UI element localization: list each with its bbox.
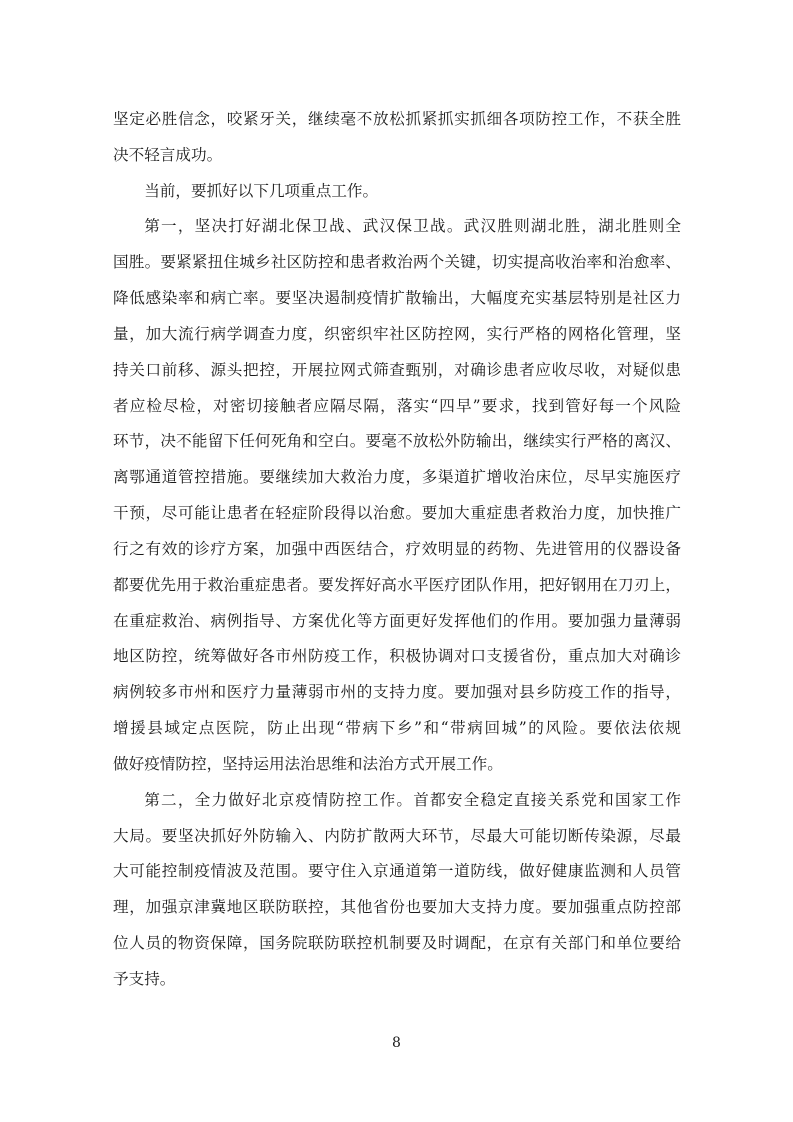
text-line: 降低感染率和病亡率。要坚决遏制疫情扩散输出，大幅度充实基层特别是社区力: [113, 281, 681, 317]
text-line: 环节，决不能留下任何死角和空白。要毫不放松外防输出，继续实行严格的离汉、: [113, 424, 681, 460]
text-line: 第二，全力做好北京疫情防控工作。首都安全稳定直接关系党和国家工作: [113, 783, 681, 819]
document-page: 坚定必胜信念，咬紧牙关，继续毫不放松抓紧抓实抓细各项防控工作，不获全胜决不轻言成…: [0, 0, 793, 1122]
text-line: 大可能控制疫情波及范围。要守住入京通道第一道防线，做好健康监测和人员管: [113, 854, 681, 890]
text-line: 位人员的物资保障，国务院联防联控机制要及时调配，在京有关部门和单位要给: [113, 926, 681, 962]
text-line: 当前，要抓好以下几项重点工作。: [113, 174, 681, 210]
page-number: 8: [0, 1034, 793, 1052]
text-line: 予支持。: [113, 962, 681, 998]
text-line: 理，加强京津冀地区联防联控，其他省份也要加大支持力度。要加强重点防控部: [113, 890, 681, 926]
text-line: 病例较多市州和医疗力量薄弱市州的支持力度。要加强对县乡防疫工作的指导，: [113, 675, 681, 711]
text-line: 干预，尽可能让患者在轻症阶段得以治愈。要加大重症患者救治力度，加快推广: [113, 496, 681, 532]
text-line: 第一，坚决打好湖北保卫战、武汉保卫战。武汉胜则湖北胜，湖北胜则全: [113, 209, 681, 245]
text-line: 坚定必胜信念，咬紧牙关，继续毫不放松抓紧抓实抓细各项防控工作，不获全胜: [113, 102, 681, 138]
text-line: 大局。要坚决抓好外防输入、内防扩散两大环节，尽最大可能切断传染源，尽最: [113, 819, 681, 855]
text-line: 行之有效的诊疗方案，加强中西医结合，疗效明显的药物、先进管用的仪器设备: [113, 532, 681, 568]
text-line: 量，加大流行病学调查力度，织密织牢社区防控网，实行严格的网格化管理，坚: [113, 317, 681, 353]
text-line: 增援县域定点医院，防止出现“带病下乡”和“带病回城”的风险。要依法依规: [113, 711, 681, 747]
document-body: 坚定必胜信念，咬紧牙关，继续毫不放松抓紧抓实抓细各项防控工作，不获全胜决不轻言成…: [113, 102, 681, 998]
text-line: 在重症救治、病例指导、方案优化等方面更好发挥他们的作用。要加强力量薄弱: [113, 604, 681, 640]
text-line: 地区防控，统筹做好各市州防疫工作，积极协调对口支援省份，重点加大对确诊: [113, 639, 681, 675]
text-line: 都要优先用于救治重症患者。要发挥好高水平医疗团队作用，把好钢用在刀刃上，: [113, 568, 681, 604]
text-line: 者应检尽检，对密切接触者应隔尽隔，落实“四早”要求，找到管好每一个风险: [113, 389, 681, 425]
text-line: 决不轻言成功。: [113, 138, 681, 174]
text-line: 离鄂通道管控措施。要继续加大救治力度，多渠道扩增收治床位，尽早实施医疗: [113, 460, 681, 496]
text-line: 持关口前移、源头把控，开展拉网式筛查甄别，对确诊患者应收尽收，对疑似患: [113, 353, 681, 389]
text-line: 国胜。要紧紧扭住城乡社区防控和患者救治两个关键，切实提高收治率和治愈率、: [113, 245, 681, 281]
text-line: 做好疫情防控，坚持运用法治思维和法治方式开展工作。: [113, 747, 681, 783]
